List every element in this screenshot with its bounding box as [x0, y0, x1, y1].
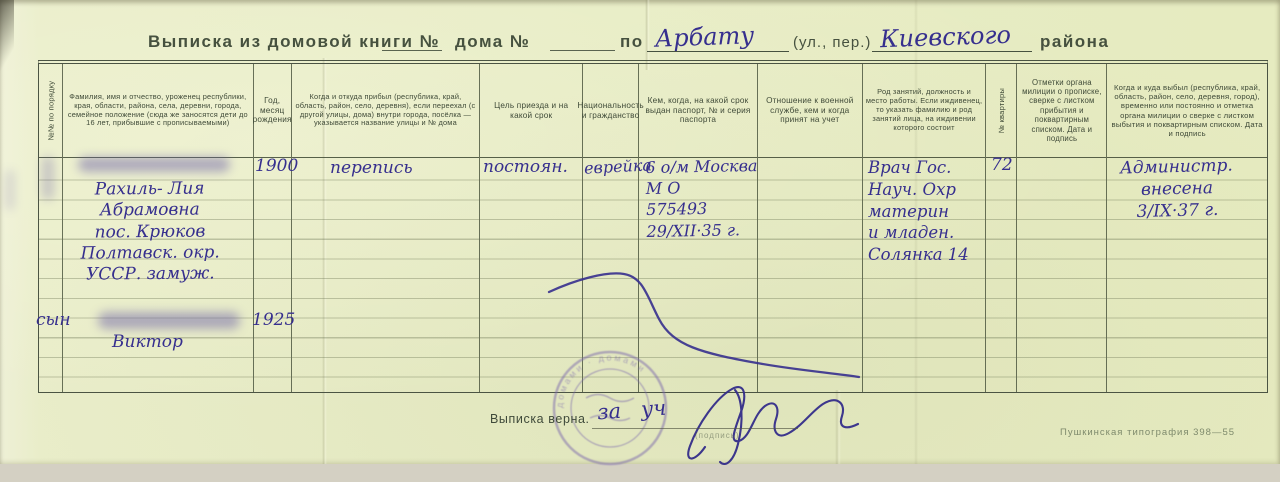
- street-preposition-label: по: [620, 32, 644, 52]
- entry1-occupation: Врач Гос. Науч. Охр материн и младен. Со…: [868, 157, 986, 266]
- entry2-birth-year: 1925: [252, 310, 295, 330]
- corner-shadow: [0, 0, 14, 80]
- table-column-purpose: Цель приезда и на какой срок: [480, 64, 583, 392]
- table-column-police-marks: Отметки органа милиции о прописке, сверк…: [1017, 64, 1107, 392]
- district-underline: [872, 51, 1032, 52]
- street-name-handwritten: Арбату: [655, 21, 755, 52]
- signature-caption: (подпись): [695, 431, 740, 440]
- verification-label: Выписка верна.: [490, 412, 590, 426]
- table-body-nationality: [583, 158, 638, 392]
- table-body-purpose: [480, 158, 582, 392]
- entry1-birth-year: 1900: [255, 156, 298, 176]
- entry1-passport: 6 о/м Москва М О 575493 29/XII·35 г.: [641, 155, 762, 242]
- entry1-purpose: постоян.: [483, 157, 568, 177]
- table-header-apartment: № квартиры: [986, 64, 1016, 158]
- print-house-imprint: Пушкинская типография 398—55: [1060, 427, 1235, 438]
- edge-smudge-blur: [6, 170, 14, 210]
- entry1-surname-redacted-blur: [78, 157, 230, 172]
- entry1-name-lines: Рахиль- Лия Абрамовна пос. Крюков Полтав…: [64, 178, 237, 286]
- paper-crease: [835, 390, 841, 464]
- table-header-police-marks: Отметки органа милиции о прописке, сверк…: [1017, 64, 1106, 158]
- entry1-apartment-number: 72: [991, 155, 1013, 175]
- table-header-nationality: Национальность и гражданство: [583, 64, 638, 158]
- table-body-police-marks: [1017, 158, 1106, 392]
- entry2-first-name: Виктор: [112, 332, 183, 352]
- table-body-birth: [254, 158, 291, 392]
- book-number-blank: [382, 50, 442, 51]
- table-body-apartment: [986, 158, 1016, 392]
- signature-note-handwritten: за уч: [596, 396, 667, 425]
- table-column-apartment: № квартиры: [986, 64, 1017, 392]
- table-header-occupation: Род занятий, должность и место работы. Е…: [863, 64, 986, 158]
- document-page: Выписка из домовой книги № дома № по Арб…: [0, 0, 1280, 464]
- entry2-surname-redacted-blur: [98, 312, 240, 329]
- margin-smudge-blur: [42, 156, 54, 200]
- table-header-purpose: Цель приезда и на какой срок: [480, 64, 582, 158]
- entry1-arrival: перепись: [330, 158, 413, 178]
- doc-title: Выписка из домовой книги №: [148, 32, 440, 52]
- entry2-relation: сын: [36, 310, 71, 330]
- table-column-birth: Год, месяц рождения: [254, 64, 292, 392]
- signature-scrawl: [688, 387, 858, 464]
- entry1-departure-note: Администр. внесена 3/IX·37 г.: [1111, 155, 1243, 224]
- table-column-arrival: Когда и откуда прибыл (республика, край,…: [292, 64, 481, 392]
- street-type-label: (ул., пер.): [793, 34, 871, 51]
- table-header-arrival: Когда и откуда прибыл (республика, край,…: [292, 64, 480, 158]
- table-header-birth: Год, месяц рождения: [254, 64, 291, 158]
- table-column-departure: Когда и куда выбыл (республика, край, об…: [1107, 64, 1267, 392]
- table-body-military: [758, 158, 862, 392]
- table-header-departure: Когда и куда выбыл (республика, край, об…: [1107, 64, 1267, 158]
- table-header-passport: Кем, когда, на какой срок выдан паспорт,…: [639, 64, 757, 158]
- table-header-military: Отношение к военной службе, кем и когда …: [758, 64, 862, 158]
- district-name-handwritten: Киевского: [880, 21, 1012, 54]
- table-column-num: №№ по порядку: [39, 64, 63, 392]
- table-column-military: Отношение к военной службе, кем и когда …: [758, 64, 863, 392]
- table-column-nationality: Национальность и гражданство: [583, 64, 639, 392]
- house-number-label: дома №: [455, 32, 530, 52]
- table-body-arrival: [292, 158, 480, 392]
- district-suffix-label: района: [1040, 32, 1109, 52]
- street-underline: [647, 51, 789, 52]
- signature-line: [592, 428, 798, 429]
- house-number-blank: [550, 50, 615, 51]
- table-header-name: Фамилия, имя и отчество, уроженец респуб…: [63, 64, 253, 158]
- table-header-num: №№ по порядку: [39, 64, 62, 158]
